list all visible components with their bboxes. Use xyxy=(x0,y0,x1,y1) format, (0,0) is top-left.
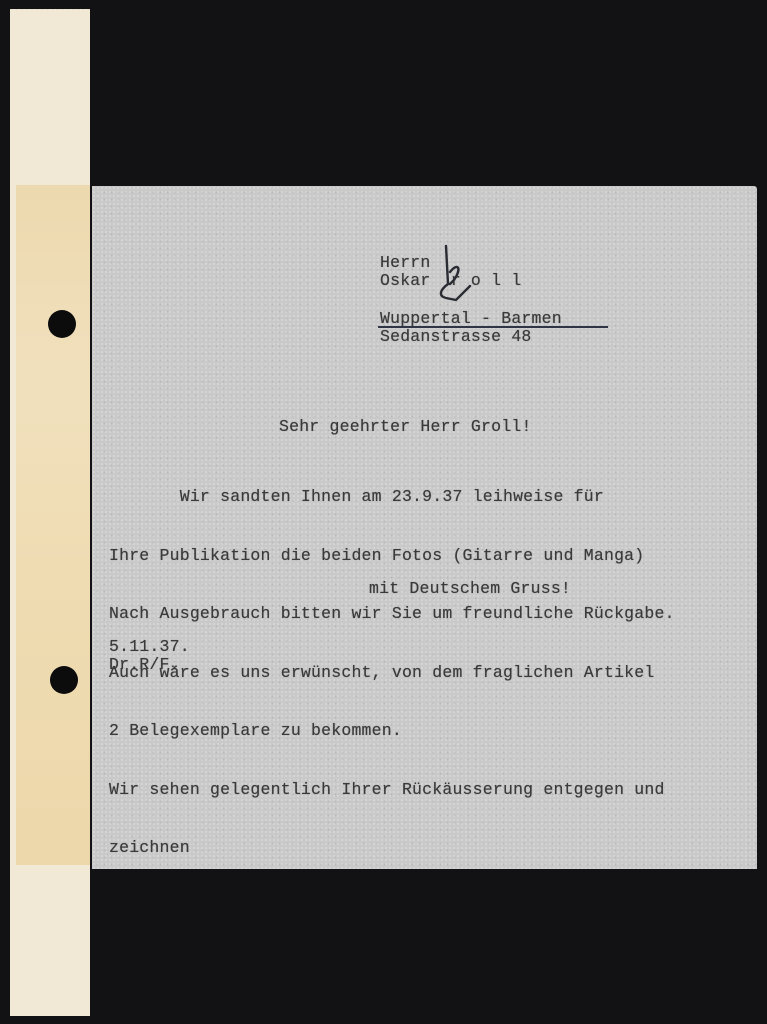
reference-initials: Dr.R/F. xyxy=(109,656,180,674)
scanned-document: Herrn Oskar r o l l Wuppertal - Barmen S… xyxy=(0,0,767,1024)
letter-sheet: Herrn Oskar r o l l Wuppertal - Barmen S… xyxy=(92,186,757,869)
body-line: Wir sandten Ihnen am 23.9.37 leihweise f… xyxy=(109,487,675,507)
punch-hole-top xyxy=(48,310,76,338)
recipient-title: Herrn xyxy=(380,254,431,272)
body-line: zeichnen xyxy=(109,838,675,858)
body-line: Auch wäre es uns erwünscht, von dem frag… xyxy=(109,663,675,683)
closing: mit Deutschem Gruss! xyxy=(369,580,571,598)
letter-date: 5.11.37. xyxy=(109,638,190,656)
body-line: Wir sehen gelegentlich Ihrer Rückäusseru… xyxy=(109,780,675,800)
handwritten-mark-icon xyxy=(432,244,472,304)
body-line: 2 Belegexemplare zu bekommen. xyxy=(109,721,675,741)
recipient-street: Sedanstrasse 48 xyxy=(380,328,532,346)
letter-body: Wir sandten Ihnen am 23.9.37 leihweise f… xyxy=(109,448,675,897)
binder-strip-stain xyxy=(16,185,90,865)
body-line: Ihre Publikation die beiden Fotos (Gitar… xyxy=(109,546,675,566)
greeting: Sehr geehrter Herr Groll! xyxy=(279,418,532,436)
punch-hole-bottom xyxy=(50,666,78,694)
body-line: Nach Ausgebrauch bitten wir Sie um freun… xyxy=(109,604,675,624)
